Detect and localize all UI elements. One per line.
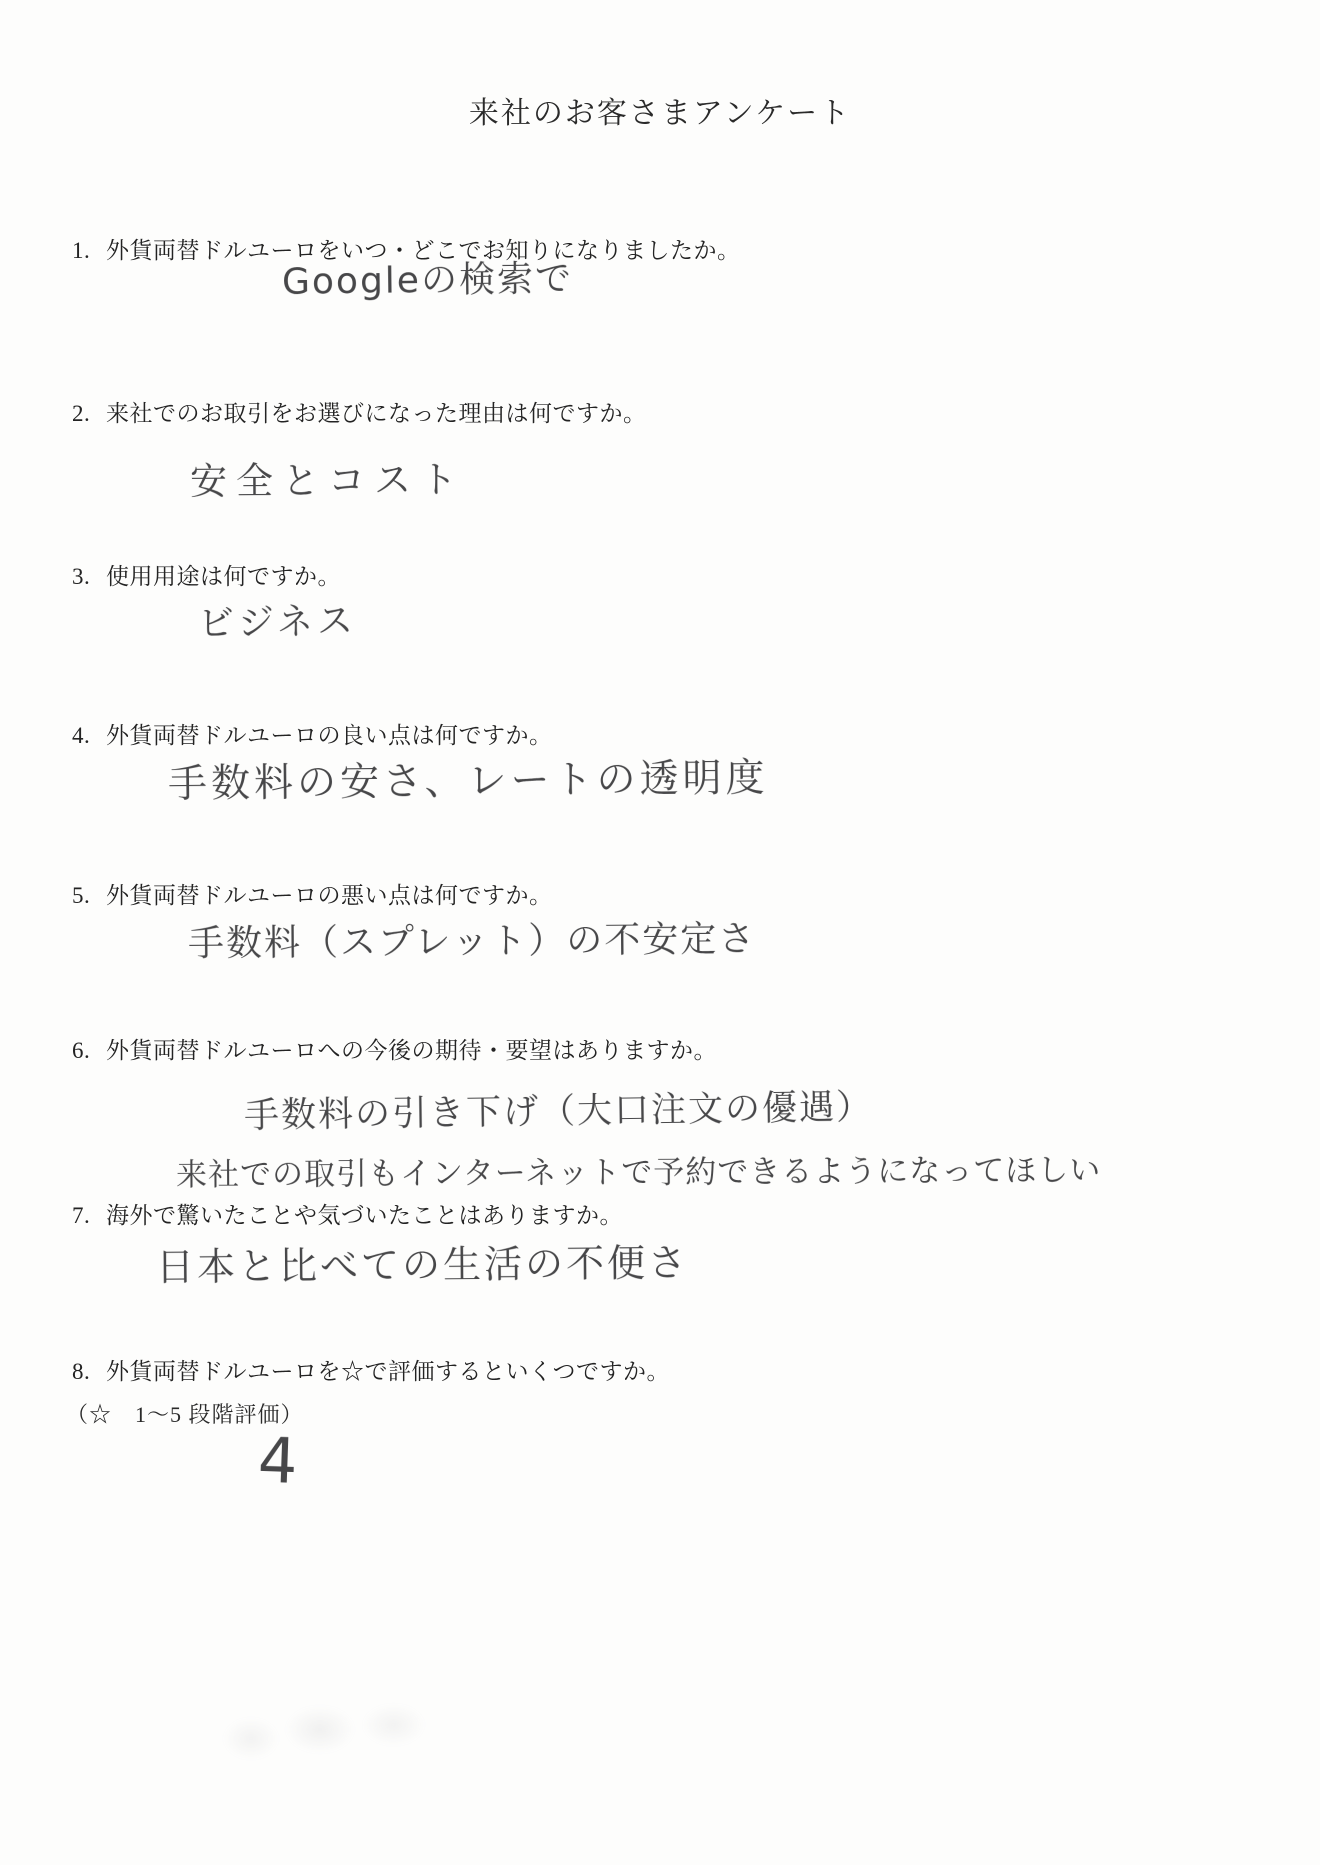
question-8: 8.外貨両替ドルユーロを☆で評価するといくつですか。 — [72, 1353, 670, 1386]
scanned-survey-page: 来社のお客さまアンケート 1.外貨両替ドルユーロをいつ・どこでお知りになりました… — [0, 0, 1320, 1865]
question-6-number: 6. — [72, 1038, 106, 1064]
question-2: 2.来社でのお取引をお選びになった理由は何ですか。 — [72, 395, 647, 428]
question-4-handwritten-answer: 手数料の安さ、レートの透明度 — [168, 747, 769, 809]
question-6-handwritten-answer-line2: 来社での取引もインターネットで予約できるようになってほしい — [176, 1145, 1101, 1195]
question-2-handwritten-answer: 安全とコスト — [190, 449, 466, 505]
question-5: 5.外貨両替ドルユーロの悪い点は何ですか。 — [72, 877, 553, 910]
question-7-text: 海外で驚いたことや気づいたことはありますか。 — [106, 1203, 623, 1228]
question-6: 6.外貨両替ドルユーロへの今後の期待・要望はありますか。 — [72, 1032, 717, 1065]
bleed-through-mark — [205, 1688, 435, 1780]
question-3-handwritten-answer: ビジネス — [197, 592, 357, 646]
question-7: 7.海外で驚いたことや気づいたことはありますか。 — [72, 1197, 623, 1230]
question-7-number: 7. — [72, 1203, 106, 1229]
question-8-text: 外貨両替ドルユーロを☆で評価するといくつですか。 — [106, 1359, 670, 1384]
question-3-number: 3. — [72, 564, 106, 590]
question-4: 4.外貨両替ドルユーロの良い点は何ですか。 — [72, 717, 553, 750]
question-3-text: 使用用途は何ですか。 — [106, 564, 341, 589]
question-2-text: 来社でのお取引をお選びになった理由は何ですか。 — [106, 401, 647, 426]
question-6-text: 外貨両替ドルユーロへの今後の期待・要望はありますか。 — [106, 1038, 717, 1063]
question-3: 3.使用用途は何ですか。 — [72, 558, 341, 591]
question-1-number: 1. — [72, 238, 106, 264]
question-5-number: 5. — [72, 883, 106, 909]
question-6-handwritten-answer-line1: 手数料の引き下げ（大口注文の優遇） — [244, 1080, 874, 1139]
question-4-number: 4. — [72, 723, 106, 749]
question-1-handwritten-answer: Googleの検索で — [282, 250, 574, 305]
question-8-handwritten-rating: 4 — [257, 1423, 299, 1497]
question-2-number: 2. — [72, 401, 106, 427]
question-5-handwritten-answer: 手数料（スプレット）の不安定さ — [188, 911, 757, 967]
survey-title: 来社のお客さまアンケート — [0, 88, 1320, 132]
question-5-text: 外貨両替ドルユーロの悪い点は何ですか。 — [106, 883, 553, 908]
question-7-handwritten-answer: 日本と比べての生活の不便さ — [156, 1232, 689, 1292]
question-8-number: 8. — [72, 1359, 106, 1385]
question-4-text: 外貨両替ドルユーロの良い点は何ですか。 — [106, 723, 553, 748]
